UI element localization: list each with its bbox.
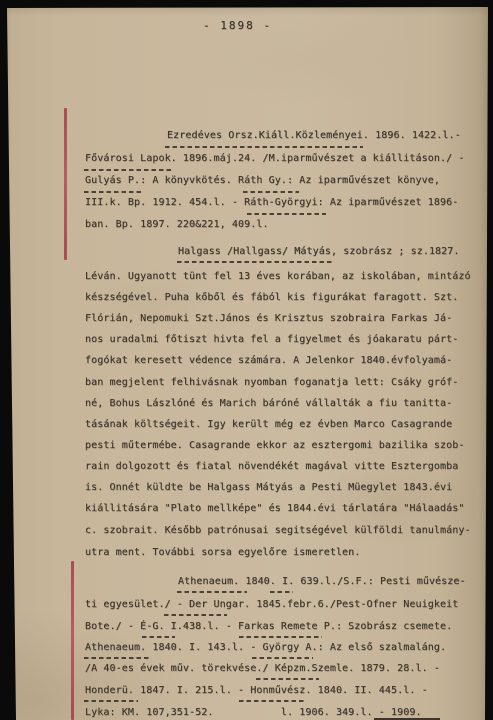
dash-underline [84, 700, 138, 702]
bibliography-line: Fővárosi Lapok. 1896.máj.24. /M.iparművé… [85, 153, 464, 165]
dash-underline [239, 700, 306, 702]
document-scan: - 1898 - Ezredéves Orsz.Kiáll.Közleménye… [0, 0, 493, 720]
dash-underline [84, 191, 141, 193]
entry-text-line: is. Onnét küldte be Halgass Mátyás a Pes… [85, 482, 452, 494]
entry-text-line: rain dolgozott és fiatal növendékét magá… [85, 461, 458, 473]
bibliography-line: Ezredéves Orsz.Kiáll.Közleményei. 1896. … [167, 130, 461, 142]
dash-underline [270, 591, 293, 593]
entry-text-line: ban megjelent felhivásnak nyomban fogana… [85, 377, 458, 389]
entry-text-line: készségével. Puha kőből és fából kis fig… [85, 292, 458, 304]
bibliography-line: Lyka: KM. 107,351-52. l. 1906. 349.l. - … [85, 707, 422, 719]
dash-underline [164, 614, 227, 616]
bibliography-line: Bote./ - É-G. I.438.l. - Farkas Remete P… [85, 621, 452, 633]
entry-text-line: tásának költségeit. Igy került még ez év… [85, 419, 452, 431]
bibliography-line: Honderü. 1847. I. 215.l. - Honművész. 18… [85, 685, 428, 697]
bibliography-line: /A 40-es évek műv. törekvése./ Képzm.Sze… [85, 663, 440, 675]
dash-underline [84, 657, 150, 659]
dash-underline [84, 169, 172, 171]
entry-text-line: pesti műtermébe. Casagrande ekkor az esz… [85, 440, 464, 452]
entry-text-line: utra ment. További sorsa egyelőre ismere… [85, 547, 360, 559]
entry-text-line: kiállitására "Plato mellképe" és 1844.év… [85, 503, 464, 515]
dash-underline [177, 261, 334, 263]
dash-underline [177, 591, 247, 593]
dash-underline [239, 636, 322, 638]
entry-text-line: Flórián, Nepomuki Szt.János és Krisztus … [85, 313, 452, 325]
dash-underline [256, 678, 319, 680]
entry-text-line: né, Bohus Lászlóné és Marich báróné váll… [85, 398, 452, 410]
dash-underline [243, 191, 299, 193]
entry-text-line: Léván. Ugyanott tünt fel 13 éves korában… [85, 271, 471, 283]
bibliography-line: Gulyás P.: A könyvkötés. Ráth Gy.: Az ip… [85, 175, 440, 187]
dash-underline [165, 146, 363, 148]
bibliography-line: III.k. Bp. 1912. 454.l. - Ráth-Györgyi: … [85, 197, 458, 209]
dash-underline [252, 657, 313, 659]
margin-line-bottom [71, 561, 74, 720]
entry-text-line: c. szobrait. Később patrónusai segitségé… [85, 525, 471, 537]
dash-underline [247, 213, 326, 215]
page-number: - 1898 - [203, 20, 272, 32]
dash-underline [142, 636, 175, 638]
entry-text-line: nos uradalmi főtiszt hivta fel a figyelm… [85, 334, 458, 346]
margin-line-top [64, 108, 67, 260]
bibliography-line: ban. Bp. 1897. 220&221, 409.l. [85, 219, 269, 231]
entry-text-line: fogókat keresett védence számára. A Jele… [85, 355, 452, 367]
bibliography-line: Athenaeum. 1840. I. 639.l./S.F.: Pesti m… [178, 576, 466, 588]
entry-heading: Halgass /Hallgass/ Mátyás, szobrász ; sz… [178, 246, 460, 258]
bibliography-line: ti egyesület./ - Der Ungar. 1845.febr.6.… [85, 599, 458, 611]
bibliography-line: Athenaeum. 1840. I. 143.l. - György A.: … [85, 642, 446, 654]
